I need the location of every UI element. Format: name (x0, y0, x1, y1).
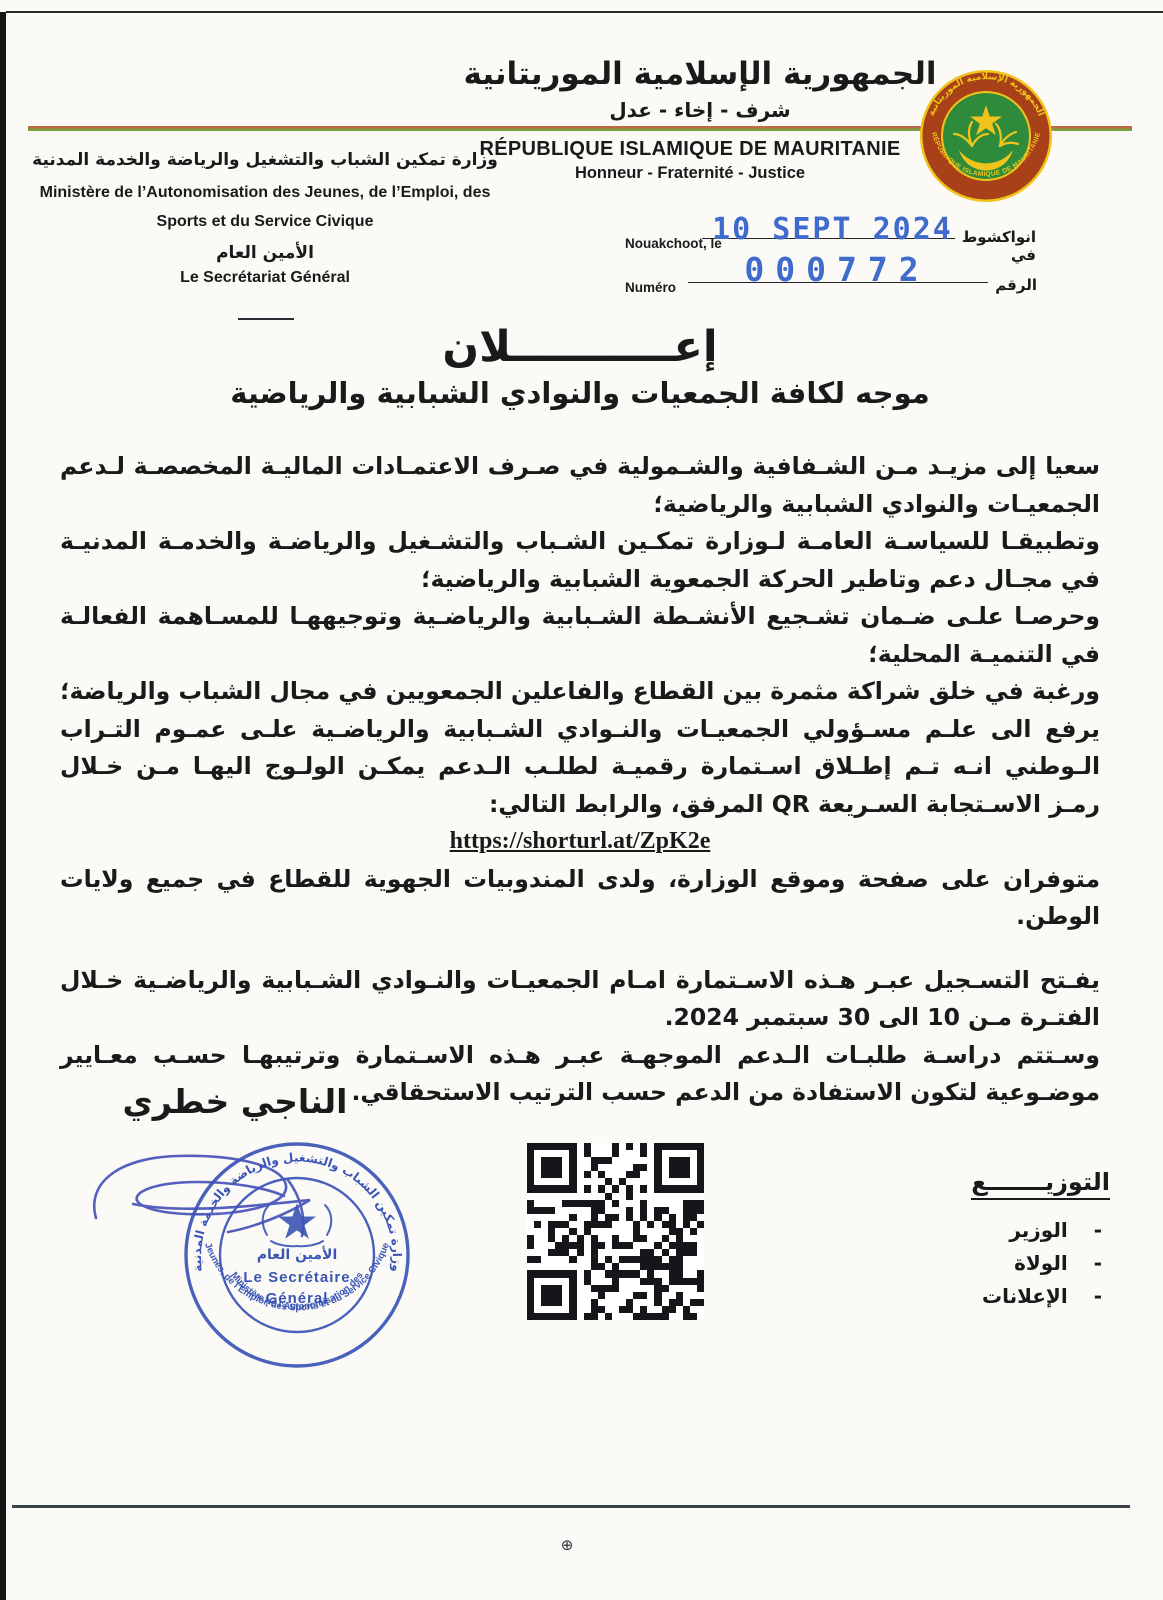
signatory-name: الناجي خطري (120, 1082, 350, 1121)
distribution-item: الوزير (905, 1214, 1110, 1247)
secretariat-arabic: الأمين العام (30, 243, 500, 263)
scan-border-top (6, 11, 1163, 13)
distribution-item: الإعلانات (905, 1280, 1110, 1313)
national-seal-icon: الجمهورية الإسلامية الموريتانية RÉPUBLIQ… (916, 66, 1056, 206)
paragraph: يرفع الى علـم مسـؤولي الجمعيـات والنـواد… (60, 711, 1100, 824)
motto-arabic: شرف - إخاء - عدل (500, 98, 900, 122)
distribution-block: التوزيـــــــع الوزير الولاة الإعلانات (905, 1168, 1110, 1313)
stamp-center-french-1: Le Secrétaire (243, 1269, 350, 1286)
paragraph: متوفران على صفحة وموقع الوزارة، ولدى الم… (60, 861, 1100, 936)
city-label-arabic: انواكشوط في (958, 228, 1036, 264)
handwritten-signature (78, 1140, 378, 1270)
distribution-item: الولاة (905, 1247, 1110, 1280)
republic-title-arabic: الجمهورية الإسلامية الموريتانية (420, 56, 980, 92)
scanned-letter-page: الجمهورية الإسلامية الموريتانية شرف - إخ… (0, 0, 1163, 1600)
paragraph: ورغبة في خلق شراكة مثمرة بين القطاع والف… (60, 673, 1100, 711)
footer-rule (12, 1505, 1130, 1508)
motto-french: Honneur - Fraternité - Justice (420, 164, 960, 183)
number-stamp: 000772 (712, 250, 962, 289)
divider-dash (238, 318, 294, 320)
announcement-title: إعـــــــــــلان (160, 322, 1000, 372)
letter-body: سعيا إلى مزيـد مـن الشـفافية والشـمولية … (60, 448, 1100, 1112)
ministry-name-arabic: وزارة تمكين الشباب والتشغيل والرياضة وال… (30, 150, 500, 170)
date-stamp: 10 SEPT 2024 (700, 212, 965, 247)
number-label-arabic: الرقم (993, 276, 1037, 294)
stamp-center-french-2: Général (266, 1290, 329, 1307)
paragraph: وحرصـا علـى ضـمان تشـجيع الأنشـطة الشـبا… (60, 598, 1100, 673)
number-label-french: Numéro (625, 280, 676, 295)
secretariat-french: Le Secrétariat Général (30, 269, 500, 287)
paragraph: يفـتح التسـجيل عبـر هـذه الاسـتمارة امـا… (60, 962, 1100, 1037)
form-link-text: https://shorturl.at/ZpK2e (450, 828, 711, 854)
paragraph: وتطبيقـا للسياسـة العامـة لـوزارة تمكـين… (60, 523, 1100, 598)
ministry-name-french-line2: Sports et du Service Civique (30, 207, 500, 236)
announcement-subtitle: موجه لكافة الجمعيات والنوادي الشبابية وا… (110, 376, 1050, 410)
page-ornament-globe-icon: ⊕ (560, 1538, 574, 1552)
ministry-name-french-line1: Ministère de l’Autonomisation des Jeunes… (30, 178, 500, 207)
paragraph: سعيا إلى مزيـد مـن الشـفافية والشـمولية … (60, 448, 1100, 523)
ministry-block: وزارة تمكين الشباب والتشغيل والرياضة وال… (30, 150, 500, 287)
distribution-heading: التوزيـــــــع (971, 1168, 1110, 1200)
scan-border-left (0, 12, 6, 1600)
form-link: https://shorturl.at/ZpK2e (60, 823, 1100, 861)
qr-code (527, 1143, 704, 1320)
republic-title-french: RÉPUBLIQUE ISLAMIQUE DE MAURITANIE (420, 138, 960, 161)
